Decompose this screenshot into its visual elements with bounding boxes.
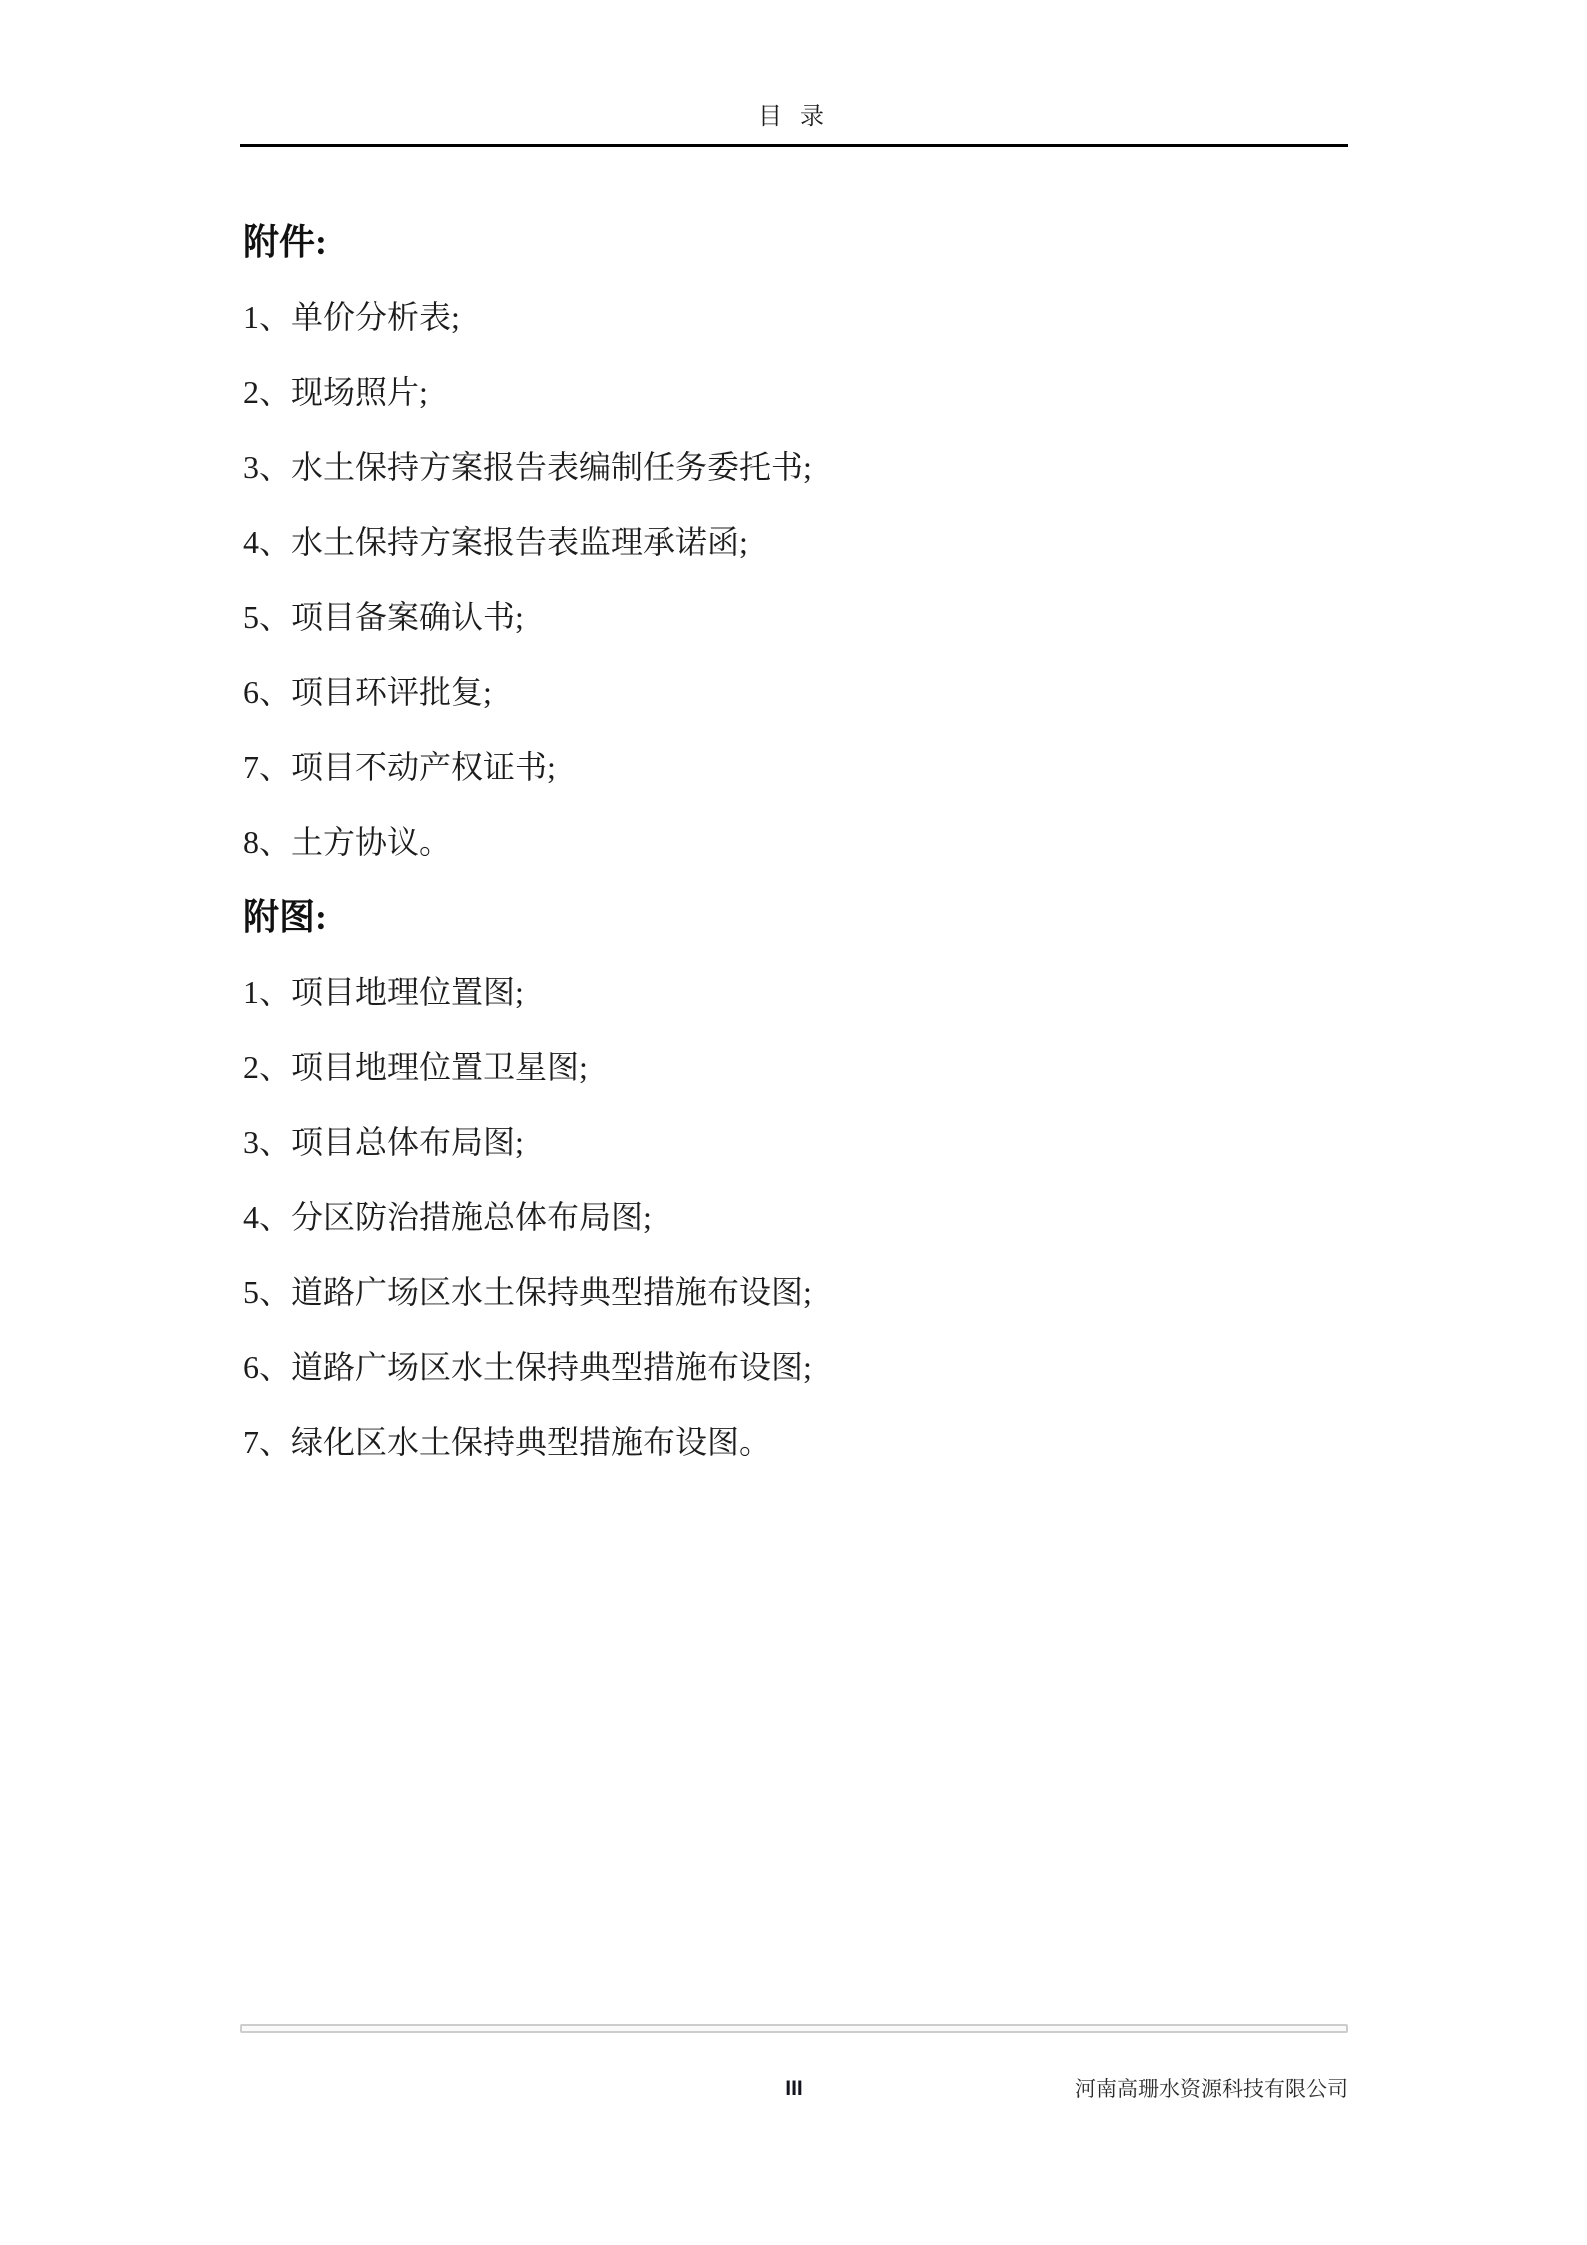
- section-heading-figures: 附图:: [243, 880, 1353, 955]
- toc-item-attachment-1: 1、单价分析表;: [243, 280, 1353, 355]
- page-number: III: [785, 2072, 803, 2106]
- toc-item-attachment-8: 8、土方协议。: [243, 805, 1353, 880]
- footer-divider: [240, 2024, 1348, 2033]
- toc-item-figure-3: 3、项目总体布局图;: [243, 1105, 1353, 1180]
- toc-item-figure-6: 6、道路广场区水土保持典型措施布设图;: [243, 1330, 1353, 1405]
- toc-item-figure-7: 7、绿化区水土保持典型措施布设图。: [243, 1405, 1353, 1480]
- toc-item-figure-2: 2、项目地理位置卫星图;: [243, 1030, 1353, 1105]
- toc-item-attachment-7: 7、项目不动产权证书;: [243, 730, 1353, 805]
- toc-item-attachment-5: 5、项目备案确认书;: [243, 580, 1353, 655]
- toc-item-attachment-4: 4、水土保持方案报告表监理承诺函;: [243, 505, 1353, 580]
- toc-item-figure-4: 4、分区防治措施总体布局图;: [243, 1180, 1353, 1255]
- toc-item-attachment-6: 6、项目环评批复;: [243, 655, 1353, 730]
- toc-item-figure-5: 5、道路广场区水土保持典型措施布设图;: [243, 1255, 1353, 1330]
- section-heading-attachments: 附件:: [243, 205, 1353, 280]
- toc-item-attachment-2: 2、现场照片;: [243, 355, 1353, 430]
- toc-content: 附件: 1、单价分析表; 2、现场照片; 3、水土保持方案报告表编制任务委托书;…: [243, 153, 1353, 1480]
- footer-company-name: 河南高珊水资源科技有限公司: [1075, 2072, 1348, 2106]
- toc-item-attachment-3: 3、水土保持方案报告表编制任务委托书;: [243, 430, 1353, 505]
- page-title: 目 录: [240, 100, 1348, 134]
- page-footer: III 河南高珊水资源科技有限公司: [240, 2072, 1348, 2106]
- page-header: 目 录: [240, 100, 1348, 147]
- document-page: 目 录 附件: 1、单价分析表; 2、现场照片; 3、水土保持方案报告表编制任务…: [0, 0, 1587, 2245]
- toc-item-figure-1: 1、项目地理位置图;: [243, 955, 1353, 1030]
